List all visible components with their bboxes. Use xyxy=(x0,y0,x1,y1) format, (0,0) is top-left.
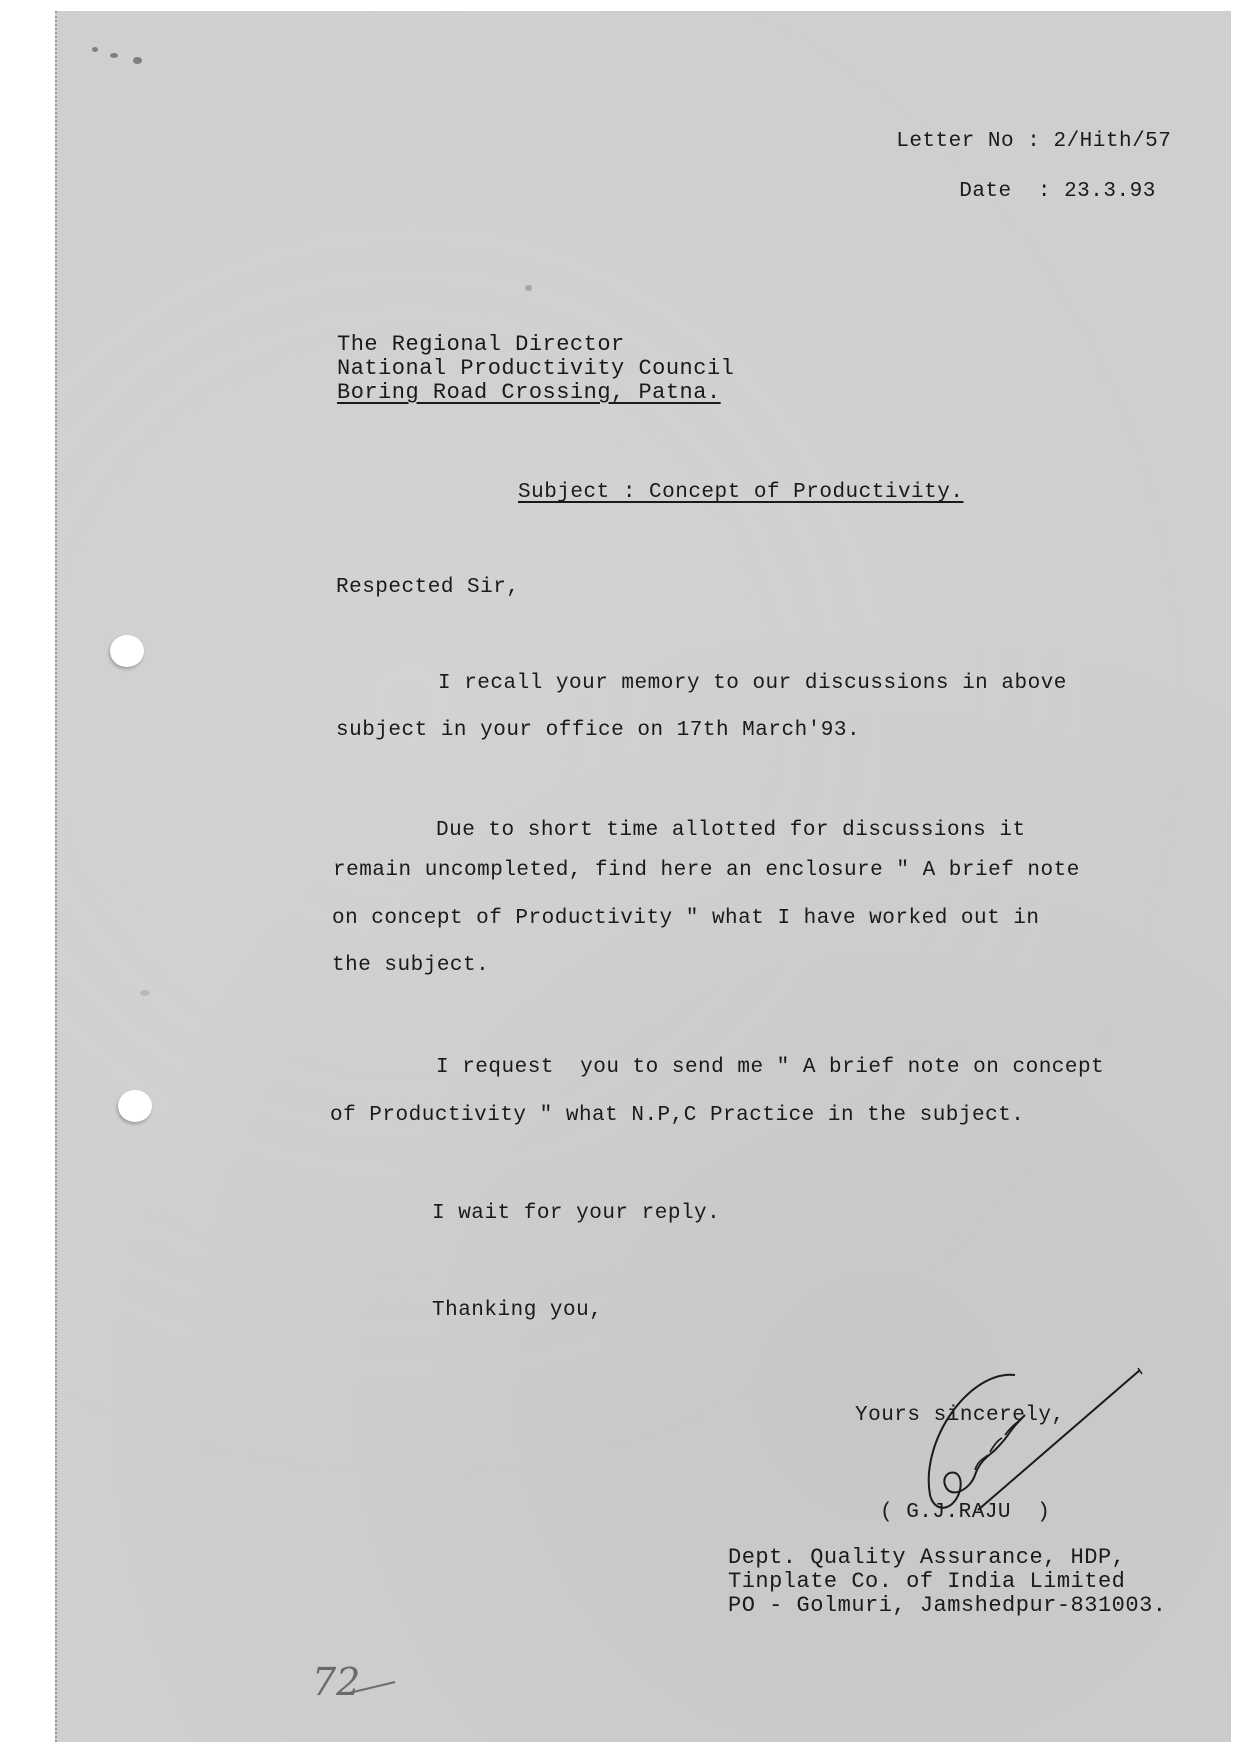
letter-number-value: 2/Hith/57 xyxy=(1053,130,1171,153)
closing-thanks: Thanking you, xyxy=(432,1300,602,1321)
paragraph-2-line-2: remain uncompleted, find here an enclosu… xyxy=(333,860,1080,881)
smudge xyxy=(133,57,142,64)
punch-hole-top xyxy=(110,635,144,667)
smudge xyxy=(92,47,98,52)
recipient-line-3: Boring Road Crossing, Patna. xyxy=(337,381,721,405)
date-value: 23.3.93 xyxy=(1064,180,1156,203)
smudge xyxy=(525,285,532,291)
punch-hole-bottom xyxy=(118,1090,152,1122)
paragraph-3-line-1: I request you to send me " A brief note … xyxy=(436,1057,1104,1078)
date-separator: : xyxy=(1038,180,1051,203)
salutation: Respected Sir, xyxy=(336,577,519,598)
letter-number: Letter No : 2/Hith/57 xyxy=(870,110,1171,152)
letter-date: Date : 23.3.93 xyxy=(933,160,1156,202)
paragraph-1-line-2: subject in your office on 17th March'93. xyxy=(336,720,860,741)
paragraph-2-line-3: on concept of Productivity " what I have… xyxy=(332,908,1040,929)
date-label: Date xyxy=(959,180,1011,203)
subject-line: Subject : Concept of Productivity. xyxy=(518,482,963,503)
signatory-name: ( G.J.RAJU ) xyxy=(880,1502,1050,1523)
signatory-address-line-1: Dept. Quality Assurance, HDP, xyxy=(728,1546,1125,1570)
paragraph-3-line-2: of Productivity " what N.P,C Practice in… xyxy=(330,1105,1024,1126)
smudge xyxy=(140,990,150,996)
paragraph-4-line-1: I wait for your reply. xyxy=(432,1203,720,1224)
letter-number-label: Letter No xyxy=(896,130,1014,153)
paragraph-2-line-4: the subject. xyxy=(332,955,489,976)
pen-stroke xyxy=(340,1678,400,1698)
signatory-address-line-3: PO - Golmuri, Jamshedpur-831003. xyxy=(728,1594,1166,1618)
recipient-line-2: National Productivity Council xyxy=(337,357,734,381)
smudge xyxy=(110,53,118,58)
paragraph-2-line-1: Due to short time allotted for discussio… xyxy=(436,820,1026,841)
signatory-address-line-2: Tinplate Co. of India Limited xyxy=(728,1570,1125,1594)
letter-number-separator: : xyxy=(1027,130,1040,153)
recipient-line-1: The Regional Director xyxy=(337,333,625,357)
paragraph-1-line-1: I recall your memory to our discussions … xyxy=(438,673,1067,694)
